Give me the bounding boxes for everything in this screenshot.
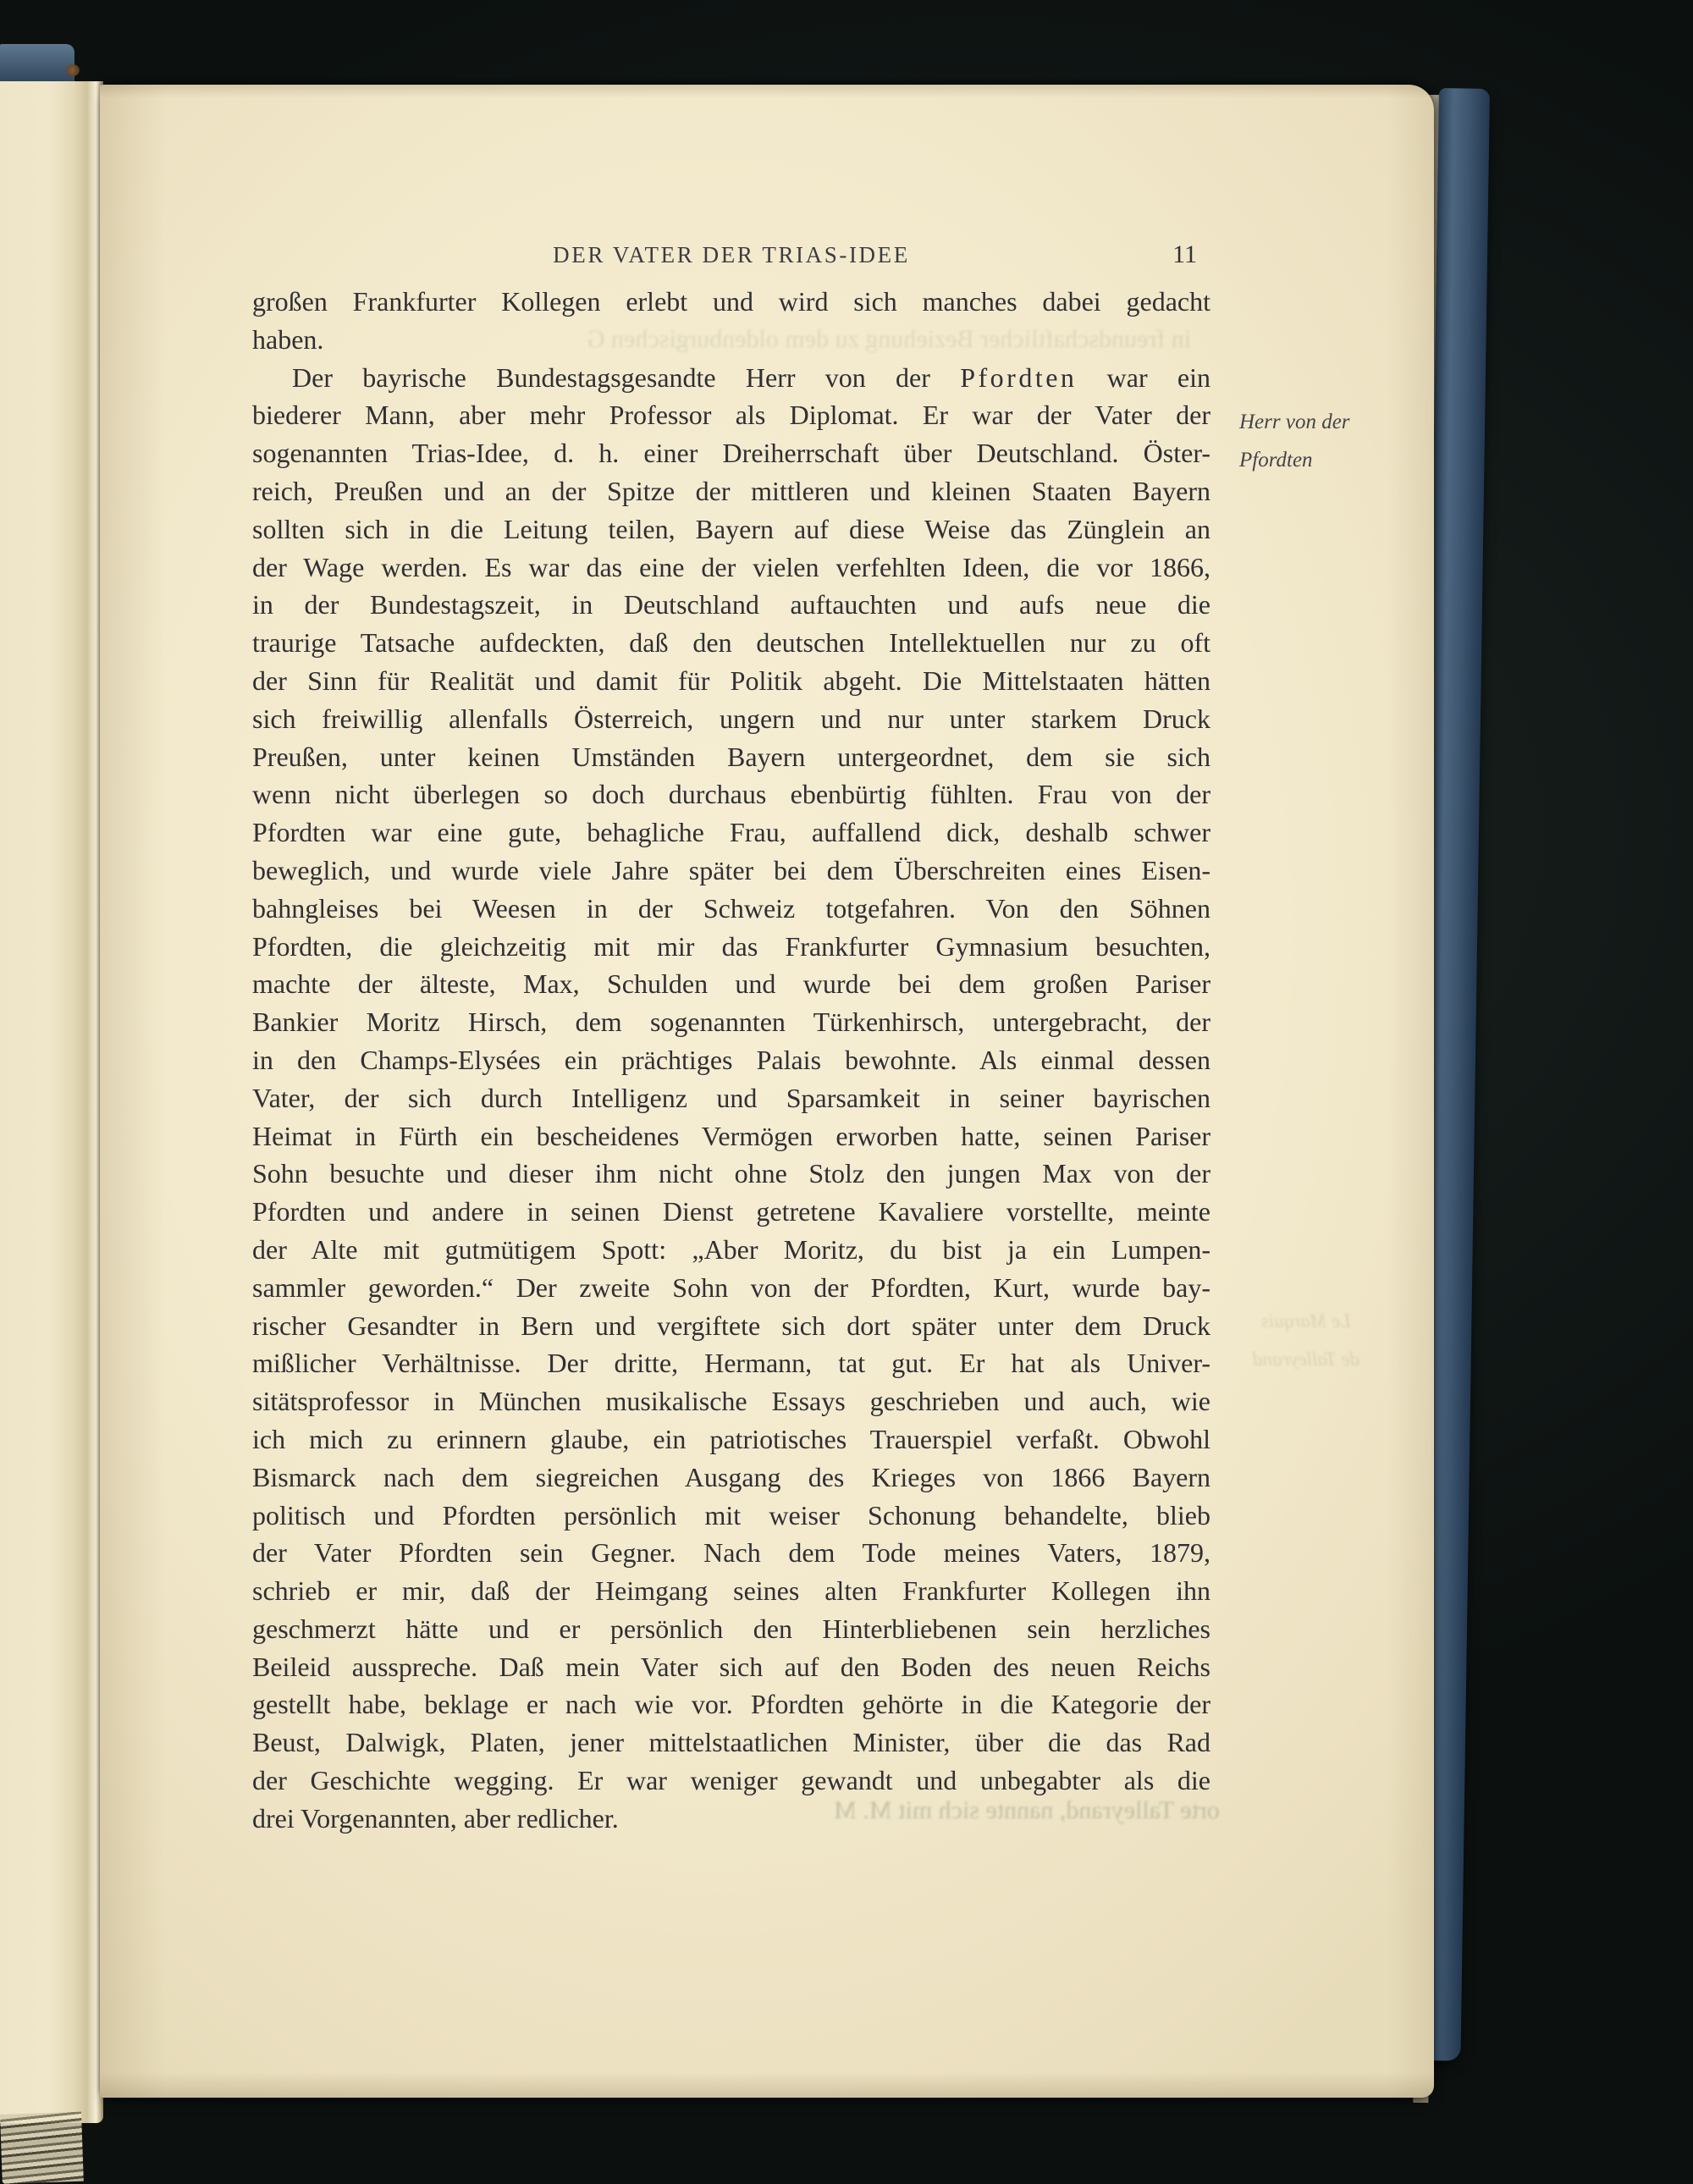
page-edges-bottom-left bbox=[0, 2112, 84, 2184]
text-line: biederer Mann, aber mehr Professor als D… bbox=[252, 396, 1210, 434]
page-number: 11 bbox=[1172, 240, 1197, 269]
book-photo-scene: DER VATER DER TRIAS-IDEE 11 in freundsch… bbox=[0, 0, 1693, 2184]
text-line: bahngleises bei Weesen in der Schweiz to… bbox=[252, 890, 1210, 928]
text-line: politisch und Pfordten persönlich mit we… bbox=[252, 1497, 1210, 1535]
book-page: DER VATER DER TRIAS-IDEE 11 in freundsch… bbox=[100, 85, 1434, 2098]
running-head-title: DER VATER DER TRIAS-IDEE bbox=[252, 242, 1210, 268]
text-line: der Sinn für Realität und damit für Poli… bbox=[252, 662, 1210, 700]
text-line: sammler geworden.“ Der zweite Sohn von d… bbox=[252, 1269, 1210, 1307]
text-line: wenn nicht überlegen so doch durchaus eb… bbox=[252, 775, 1210, 813]
text-line: der Alte mit gutmütigem Spott: „Aber Mor… bbox=[252, 1231, 1210, 1269]
text-line: drei Vorgenannten, aber redlicher. bbox=[252, 1800, 1210, 1838]
text-line: Heimat in Fürth ein bescheidenes Vermöge… bbox=[252, 1117, 1210, 1155]
margin-note-line: Pfordten bbox=[1239, 441, 1434, 479]
body-text: großen Frankfurter Kollegen erlebt und w… bbox=[252, 283, 1210, 1838]
text-line: Bankier Moritz Hirsch, dem sogenannten T… bbox=[252, 1003, 1210, 1041]
text-line: beweglich, und wurde viele Jahre später … bbox=[252, 852, 1210, 890]
dust-speck bbox=[66, 64, 80, 76]
text-line: in den Champs-Elysées ein prächtiges Pal… bbox=[252, 1041, 1210, 1079]
text-line: geschmerzt hätte und er persönlich den H… bbox=[252, 1610, 1210, 1648]
text-line: rischer Gesandter in Bern und vergiftete… bbox=[252, 1307, 1210, 1345]
text-line: Preußen, unter keinen Umständen Bayern u… bbox=[252, 738, 1210, 776]
letterspaced-name: Pfordten bbox=[960, 362, 1077, 393]
text-line: Beust, Dalwigk, Platen, jener mittelstaa… bbox=[252, 1723, 1210, 1762]
ghost-margin-line: Le Marquis bbox=[1217, 1302, 1395, 1340]
text-line: der Wage werden. Es war das eine der vie… bbox=[252, 549, 1210, 587]
text-line: mißlicher Verhältnisse. Der dritte, Herm… bbox=[252, 1344, 1210, 1382]
text-line: gestellt habe, beklage er nach wie vor. … bbox=[252, 1685, 1210, 1723]
text-line: Der bayrische Bundestagsgesandte Herr vo… bbox=[252, 359, 1210, 397]
text-line: schrieb er mir, daß der Heimgang seines … bbox=[252, 1572, 1210, 1610]
text-line: sogenannten Trias-Idee, d. h. einer Drei… bbox=[252, 434, 1210, 472]
text-line: Pfordten, die gleichzeitig mit mir das F… bbox=[252, 928, 1210, 966]
text-line: reich, Preußen und an der Spitze der mit… bbox=[252, 472, 1210, 510]
text-line: machte der älteste, Max, Schulden und wu… bbox=[252, 965, 1210, 1003]
ghost-showthrough-margin-note: Le Marquis de Talleyrand bbox=[1217, 1302, 1395, 1378]
book-cover-cloth-top-left bbox=[0, 44, 74, 86]
text-line: der Vater Pfordten sein Gegner. Nach dem… bbox=[252, 1534, 1210, 1572]
text-line: Vater, der sich durch Intelligenz und Sp… bbox=[252, 1079, 1210, 1117]
text-line: in der Bundestagszeit, in Deutschland au… bbox=[252, 586, 1210, 624]
facing-page-gutter-sliver bbox=[0, 81, 103, 2123]
text-line: traurige Tatsache aufdeckten, daß den de… bbox=[252, 624, 1210, 662]
text-line: der Geschichte wegging. Er war weniger g… bbox=[252, 1762, 1210, 1800]
text-line: sich freiwillig allenfalls Österreich, u… bbox=[252, 700, 1210, 738]
running-head-row: DER VATER DER TRIAS-IDEE 11 bbox=[252, 242, 1210, 280]
text-line: Pfordten und andere in seinen Dienst get… bbox=[252, 1193, 1210, 1231]
margin-note-line: Herr von der bbox=[1239, 403, 1434, 441]
text-line: Bismarck nach dem siegreichen Ausgang de… bbox=[252, 1459, 1210, 1497]
text-line: sollten sich in die Leitung teilen, Baye… bbox=[252, 510, 1210, 549]
text-line: Pfordten war eine gute, behagliche Frau,… bbox=[252, 813, 1210, 852]
text-line: Sohn besuchte und dieser ihm nicht ohne … bbox=[252, 1155, 1210, 1193]
ghost-margin-line: de Talleyrand bbox=[1217, 1340, 1395, 1378]
text-line: Beileid ausspreche. Daß mein Vater sich … bbox=[252, 1648, 1210, 1686]
margin-note: Herr von der Pfordten bbox=[1239, 403, 1434, 479]
text-line: sitätsprofessor in München musikalische … bbox=[252, 1382, 1210, 1420]
text-line: großen Frankfurter Kollegen erlebt und w… bbox=[252, 283, 1210, 321]
text-line: haben. bbox=[252, 321, 1210, 359]
text-line: ich mich zu erinnern glaube, ein patriot… bbox=[252, 1420, 1210, 1459]
